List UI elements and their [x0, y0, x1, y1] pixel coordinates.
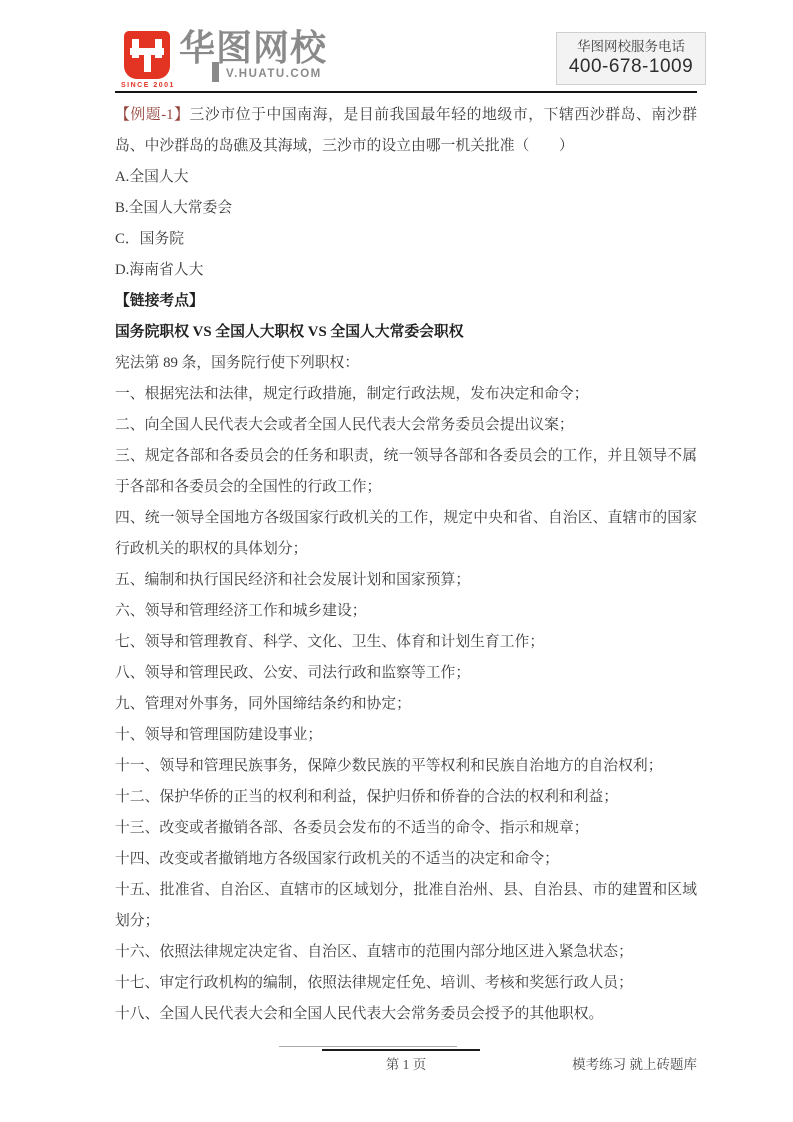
- power-item: 十二、保护华侨的正当的权利和利益，保护归侨和侨眷的合法的权利和利益；: [115, 782, 697, 813]
- document-page: SINCE 2001 华图网校 V.HUATU.COM 华图网校服务电话 400…: [0, 0, 793, 1122]
- power-item: 四、统一领导全国地方各级国家行政机关的工作，规定中央和省、自治区、直辖市的国家行…: [115, 503, 697, 565]
- header-divider: [115, 91, 697, 93]
- service-phone-number: 400-678-1009: [569, 56, 693, 79]
- powers-list: 一、根据宪法和法律，规定行政措施，制定行政法规，发布决定和命令；二、向全国人民代…: [115, 379, 697, 1030]
- service-phone-label: 华图网校服务电话: [577, 38, 685, 56]
- topic-title: 国务院职权 VS 全国人大职权 VS 全国人大常委会职权: [115, 317, 697, 348]
- option-line: A.全国人大: [115, 162, 697, 193]
- question-paragraph: 【例题-1】三沙市位于中国南海，是目前我国最年轻的地级市，下辖西沙群岛、南沙群岛…: [115, 100, 697, 162]
- power-item: 十四、改变或者撤销地方各级国家行政机关的不适当的决定和命令；: [115, 844, 697, 875]
- logo-glyph-bar: [130, 48, 164, 55]
- power-item: 九、管理对外事务，同外国缔结条约和协定；: [115, 689, 697, 720]
- power-item: 十三、改变或者撤销各部、各委员会发布的不适当的命令、指示和规章；: [115, 813, 697, 844]
- power-item: 三、规定各部和各委员会的任务和职责，统一领导各部和各委员会的工作，并且领导不属于…: [115, 441, 697, 503]
- example-tag: 【例题-1】: [115, 107, 190, 123]
- section-label: 【链接考点】: [115, 286, 697, 317]
- option-line: C．国务院: [115, 224, 697, 255]
- power-item: 二、向全国人民代表大会或者全国人民代表大会常务委员会提出议案；: [115, 410, 697, 441]
- footer-row: 第 1 页 模考练习 就上砖题库: [115, 1053, 697, 1073]
- power-item: 十五、批准省、自治区、直辖市的区域划分，批准自治州、县、自治县、市的建置和区域划…: [115, 875, 697, 937]
- question-stem: 三沙市位于中国南海，是目前我国最年轻的地级市，下辖西沙群岛、南沙群岛、中沙群岛的…: [115, 107, 697, 154]
- options-list: A.全国人大B.全国人大常委会C．国务院D.海南省人大: [115, 162, 697, 286]
- power-item: 十、领导和管理国防建设事业；: [115, 720, 697, 751]
- footer-divider-thin: [279, 1046, 457, 1047]
- power-item: 十八、全国人民代表大会和全国人民代表大会常务委员会授予的其他职权。: [115, 999, 697, 1030]
- document-body: 【例题-1】三沙市位于中国南海，是目前我国最年轻的地级市，下辖西沙群岛、南沙群岛…: [115, 100, 697, 1030]
- option-line: D.海南省人大: [115, 255, 697, 286]
- logo-stem-decoration: [212, 62, 219, 82]
- power-item: 六、领导和管理经济工作和城乡建设；: [115, 596, 697, 627]
- power-item: 十七、审定行政机构的编制，依照法律规定任免、培训、考核和奖惩行政人员；: [115, 968, 697, 999]
- power-item: 十六、依照法律规定决定省、自治区、直辖市的范围内部分地区进入紧急状态；: [115, 937, 697, 968]
- service-phone-box: 华图网校服务电话 400-678-1009: [556, 32, 706, 85]
- logo-glyph-bar: [144, 55, 151, 72]
- page-number: 第 1 页: [245, 1053, 567, 1073]
- option-line: B.全国人大常委会: [115, 193, 697, 224]
- footer-slogan: 模考练习 就上砖题库: [567, 1053, 697, 1073]
- intro-line: 宪法第 89 条，国务院行使下列职权：: [115, 348, 697, 379]
- power-item: 一、根据宪法和法律，规定行政措施，制定行政法规，发布决定和命令；: [115, 379, 697, 410]
- footer-divider-thick: [322, 1049, 480, 1051]
- logo-since-text: SINCE 2001: [121, 82, 175, 89]
- brand-website: V.HUATU.COM: [226, 68, 322, 80]
- power-item: 七、领导和管理教育、科学、文化、卫生、体育和计划生育工作；: [115, 627, 697, 658]
- huatu-logo-icon: [124, 31, 170, 79]
- power-item: 八、领导和管理民政、公安、司法行政和监察等工作；: [115, 658, 697, 689]
- power-item: 十一、领导和管理民族事务，保障少数民族的平等权利和民族自治地方的自治权利；: [115, 751, 697, 782]
- power-item: 五、编制和执行国民经济和社会发展计划和国家预算；: [115, 565, 697, 596]
- brand-name: 华图网校: [179, 30, 327, 66]
